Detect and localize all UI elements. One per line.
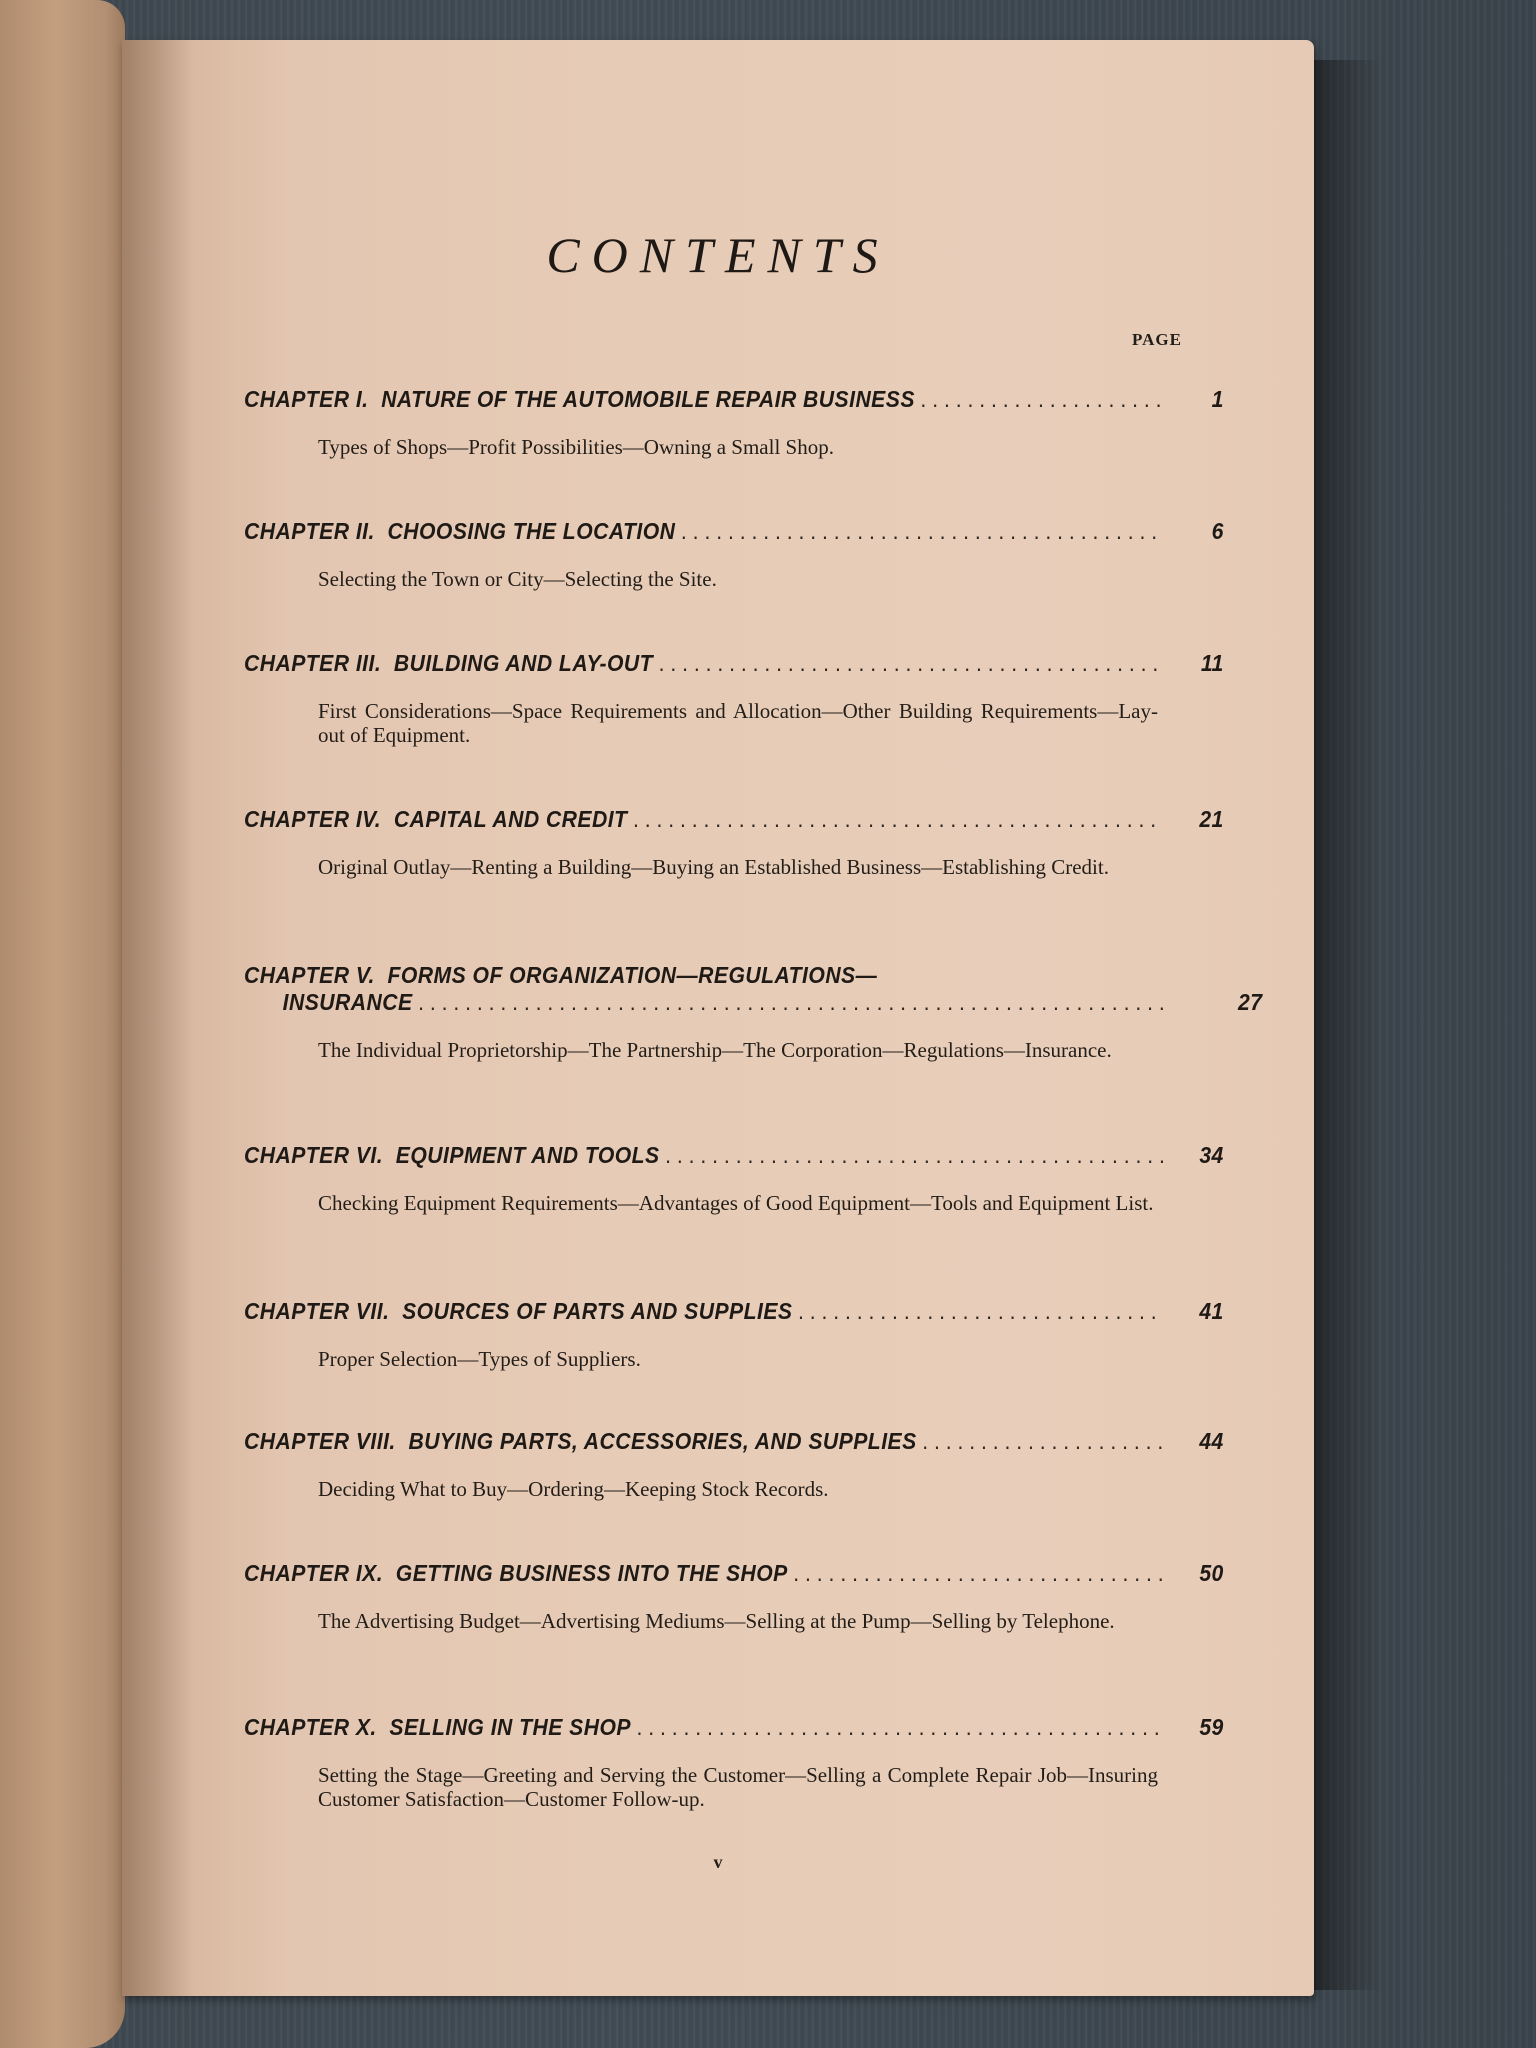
chapter-label: CHAPTER II. CHOOSING THE LOCATION <box>244 518 675 545</box>
chapter-label: CHAPTER IX. GETTING BUSINESS INTO THE SH… <box>244 1560 788 1587</box>
toc-entry-chapter-7: CHAPTER VII. SOURCES OF PARTS AND SUPPLI… <box>244 1298 1314 1371</box>
page-number: 11 <box>1169 650 1224 677</box>
toc-entry-chapter-6: CHAPTER VI. EQUIPMENT AND TOOLS 34 Check… <box>244 1142 1314 1215</box>
page-number: 59 <box>1169 1714 1224 1741</box>
chapter-summary: The Advertising Budget—Advertising Mediu… <box>318 1609 1158 1633</box>
chapter-label: CHAPTER IV. CAPITAL AND CREDIT <box>244 806 627 833</box>
chapter-heading[interactable]: CHAPTER X. SELLING IN THE SHOP 59 <box>244 1714 1224 1741</box>
chapter-heading[interactable]: CHAPTER VIII. BUYING PARTS, ACCESSORIES,… <box>244 1428 1224 1455</box>
chapter-heading[interactable]: CHAPTER I. NATURE OF THE AUTOMOBILE REPA… <box>244 386 1224 413</box>
dot-leader <box>920 386 1163 413</box>
toc-entry-chapter-5: CHAPTER V. FORMS OF ORGANIZATION—REGULAT… <box>244 962 1314 1062</box>
chapter-label: CHAPTER III. BUILDING AND LAY-OUT <box>244 650 653 677</box>
toc-entry-chapter-4: CHAPTER IV. CAPITAL AND CREDIT 21 Origin… <box>244 806 1314 879</box>
chapter-heading[interactable]: CHAPTER IX. GETTING BUSINESS INTO THE SH… <box>244 1560 1224 1587</box>
chapter-summary: Deciding What to Buy—Ordering—Keeping St… <box>318 1477 1158 1501</box>
page-number: 50 <box>1169 1560 1224 1587</box>
chapter-summary: Selecting the Town or City—Selecting the… <box>318 567 1158 591</box>
dot-leader <box>922 1428 1163 1455</box>
page-number: 44 <box>1169 1428 1224 1455</box>
page-number: 34 <box>1169 1142 1224 1169</box>
chapter-summary: The Individual Proprietorship—The Partne… <box>318 1038 1158 1062</box>
dot-leader <box>798 1298 1163 1325</box>
chapter-heading[interactable]: CHAPTER VI. EQUIPMENT AND TOOLS 34 <box>244 1142 1224 1169</box>
page-title: CONTENTS <box>122 226 1314 284</box>
toc-entry-chapter-2: CHAPTER II. CHOOSING THE LOCATION 6 Sele… <box>244 518 1314 591</box>
page-number: 1 <box>1169 386 1224 413</box>
chapter-summary: Checking Equipment Requirements—Advantag… <box>318 1191 1158 1215</box>
chapter-summary: Proper Selection—Types of Suppliers. <box>318 1347 1158 1371</box>
contents-page: CONTENTS PAGE CHAPTER I. NATURE OF THE A… <box>122 40 1314 1996</box>
dot-leader <box>793 1560 1163 1587</box>
chapter-heading[interactable]: CHAPTER IV. CAPITAL AND CREDIT 21 <box>244 806 1224 833</box>
chapter-heading[interactable]: CHAPTER VII. SOURCES OF PARTS AND SUPPLI… <box>244 1298 1224 1325</box>
chapter-summary: Types of Shops—Profit Possibilities—Owni… <box>318 435 1158 459</box>
chapter-label: CHAPTER I. NATURE OF THE AUTOMOBILE REPA… <box>244 386 915 413</box>
page-number: 6 <box>1169 518 1224 545</box>
chapter-heading[interactable]: CHAPTER II. CHOOSING THE LOCATION 6 <box>244 518 1224 545</box>
toc-entry-chapter-3: CHAPTER III. BUILDING AND LAY-OUT 11 Fir… <box>244 650 1314 747</box>
dot-leader <box>633 806 1163 833</box>
chapter-label: CHAPTER VIII. BUYING PARTS, ACCESSORIES,… <box>244 1428 917 1455</box>
chapter-heading[interactable]: CHAPTER III. BUILDING AND LAY-OUT 11 <box>244 650 1224 677</box>
chapter-label: CHAPTER X. SELLING IN THE SHOP <box>244 1714 631 1741</box>
gutter-shade <box>122 40 192 1996</box>
chapter-heading-line-1[interactable]: CHAPTER V. FORMS OF ORGANIZATION—REGULAT… <box>244 962 1224 989</box>
chapter-summary: First Considerations—Space Requirements … <box>318 699 1158 747</box>
chapter-label: CHAPTER V. FORMS OF ORGANIZATION—REGULAT… <box>244 962 877 989</box>
dot-leader <box>636 1714 1163 1741</box>
page-number: 41 <box>1169 1298 1224 1325</box>
page-number: 21 <box>1169 806 1224 833</box>
chapter-summary: Setting the Stage—Greeting and Serving t… <box>318 1763 1158 1811</box>
chapter-label: CHAPTER VI. EQUIPMENT AND TOOLS <box>244 1142 660 1169</box>
toc-entry-chapter-1: CHAPTER I. NATURE OF THE AUTOMOBILE REPA… <box>244 386 1314 459</box>
chapter-label: CHAPTER VII. SOURCES OF PARTS AND SUPPLI… <box>244 1298 792 1325</box>
dot-leader <box>659 650 1164 677</box>
toc-entry-chapter-9: CHAPTER IX. GETTING BUSINESS INTO THE SH… <box>244 1560 1314 1633</box>
toc-entry-chapter-10: CHAPTER X. SELLING IN THE SHOP 59 Settin… <box>244 1714 1314 1811</box>
chapter-title-continued: INSURANCE <box>283 989 413 1016</box>
page-column-header: PAGE <box>1132 330 1182 350</box>
dot-leader <box>681 518 1163 545</box>
page-folio: v <box>122 1852 1314 1873</box>
toc-entry-chapter-8: CHAPTER VIII. BUYING PARTS, ACCESSORIES,… <box>244 1428 1314 1501</box>
chapter-summary: Original Outlay—Renting a Building—Buyin… <box>318 855 1158 879</box>
dot-leader <box>418 989 1202 1016</box>
chapter-heading-line-2[interactable]: INSURANCE 27 <box>244 989 1262 1016</box>
facing-page-edge <box>0 0 125 2048</box>
page-number: 27 <box>1207 989 1262 1016</box>
dot-leader <box>665 1142 1163 1169</box>
